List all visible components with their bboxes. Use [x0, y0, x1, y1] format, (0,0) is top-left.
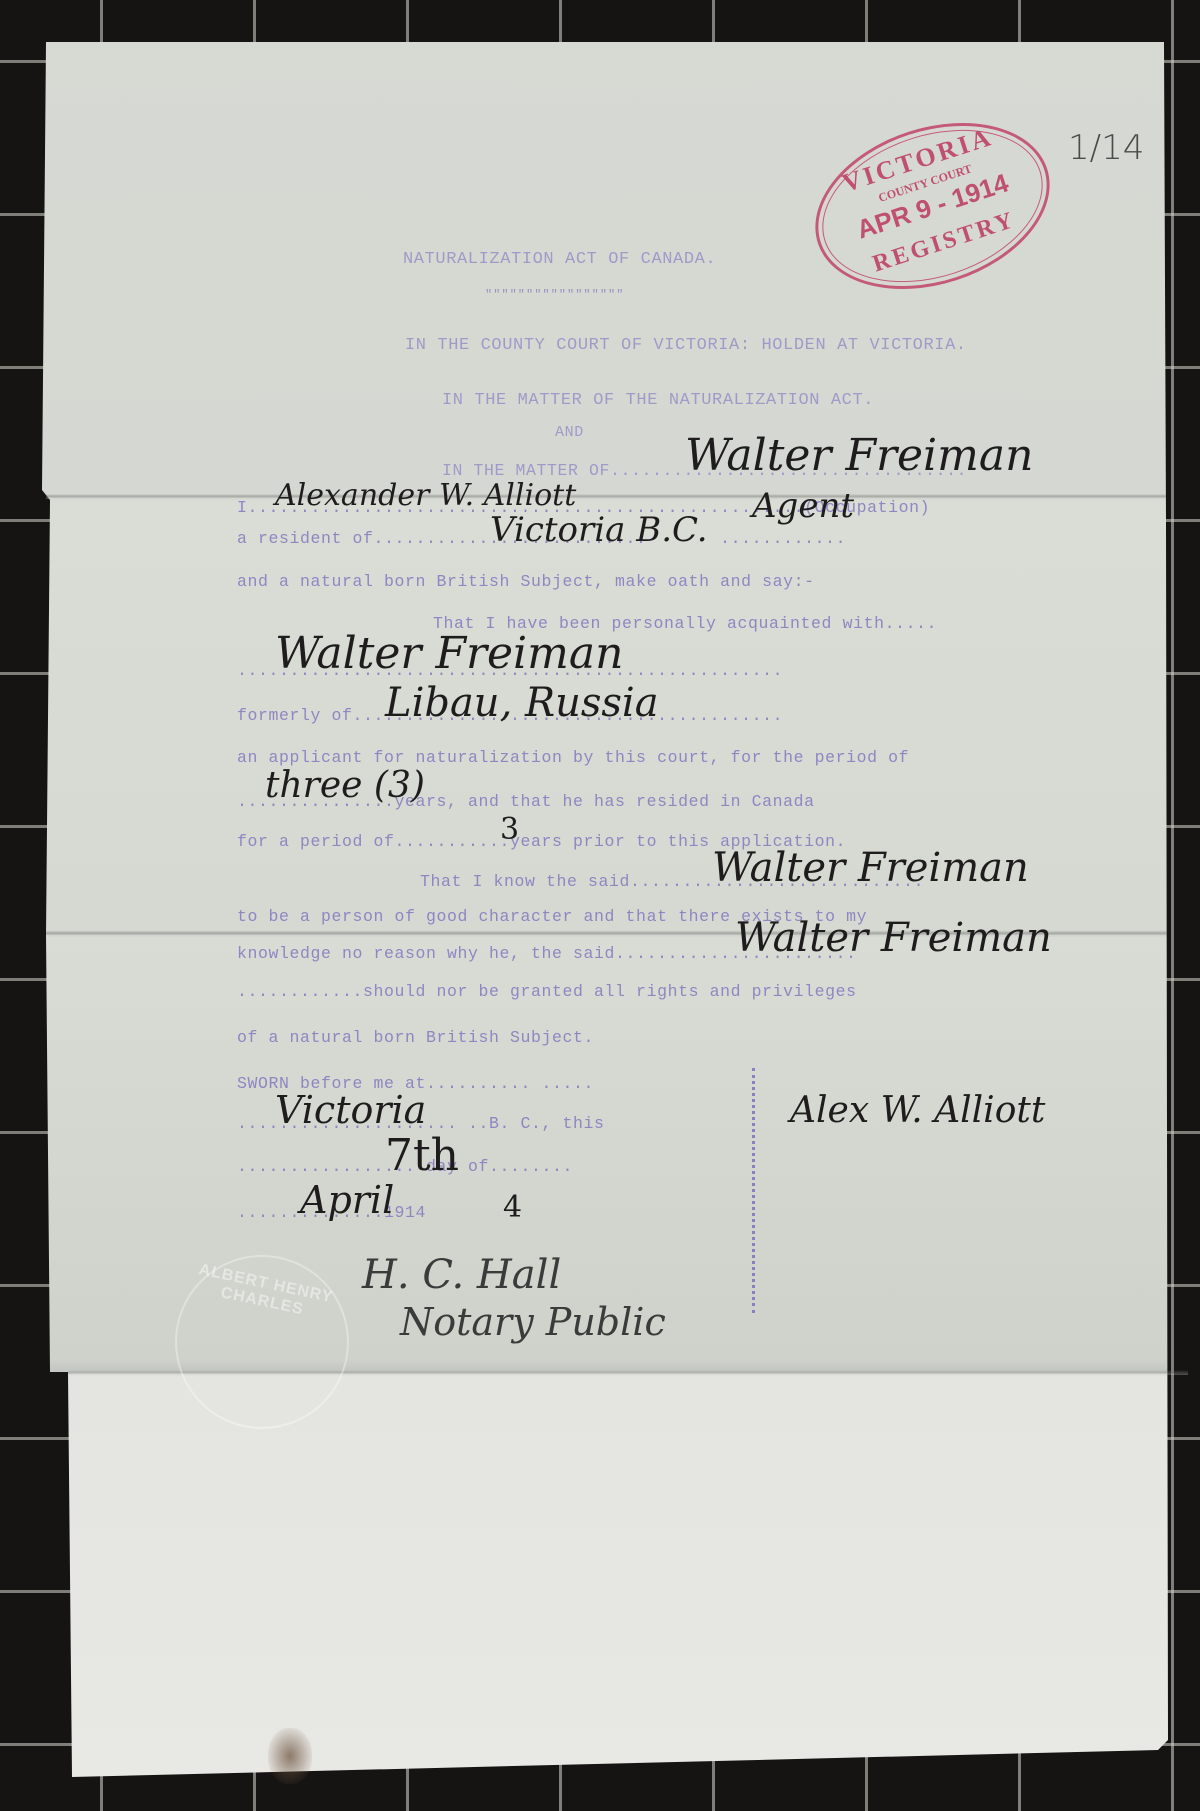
deponent-signature: Alex W. Alliott	[790, 1090, 1045, 1131]
notary-signature: H. C. Hall	[362, 1252, 561, 1298]
place-value: Victoria	[275, 1088, 426, 1132]
court-heading: IN THE COUNTY COURT OF VICTORIA: HOLDEN …	[405, 336, 967, 355]
applicant-name-heading: Walter Freiman	[685, 430, 1033, 481]
residence-period-value: 3	[500, 812, 519, 847]
residence-value: Victoria B.C.	[490, 510, 708, 550]
privileges-line: ............should nor be granted all ri…	[237, 982, 857, 1001]
document-page	[0, 0, 1200, 1811]
oath-line: and a natural born British Subject, make…	[237, 572, 815, 591]
document-title: NATURALIZATION ACT OF CANADA.	[403, 250, 716, 269]
year-correction: 4	[503, 1190, 522, 1225]
notary-title: Notary Public	[400, 1300, 666, 1344]
applicant-name: Walter Freiman	[275, 628, 623, 679]
ink-stain	[268, 1728, 312, 1784]
former-residence: Libau, Russia	[385, 680, 659, 726]
title-underline: """""""""""""""""	[485, 288, 624, 302]
day-value: 7th	[385, 1130, 459, 1181]
no-reason-name: Walter Freiman	[735, 915, 1052, 961]
know-the-said-name: Walter Freiman	[712, 845, 1029, 891]
deponent-occupation: Agent	[752, 486, 854, 526]
month-value: April	[300, 1178, 394, 1222]
and-heading: AND	[555, 424, 584, 441]
deponent-name: Alexander W. Alliott	[275, 478, 576, 513]
notary-seal-emboss: ALBERT HENRY CHARLES	[175, 1255, 349, 1429]
years-value: three (3)	[265, 765, 425, 806]
file-number: 1/14	[1068, 128, 1144, 168]
jurat-bracket	[752, 1068, 763, 1313]
matter-act-heading: IN THE MATTER OF THE NATURALIZATION ACT.	[442, 391, 874, 410]
british-subject-line: of a natural born British Subject.	[237, 1028, 594, 1047]
